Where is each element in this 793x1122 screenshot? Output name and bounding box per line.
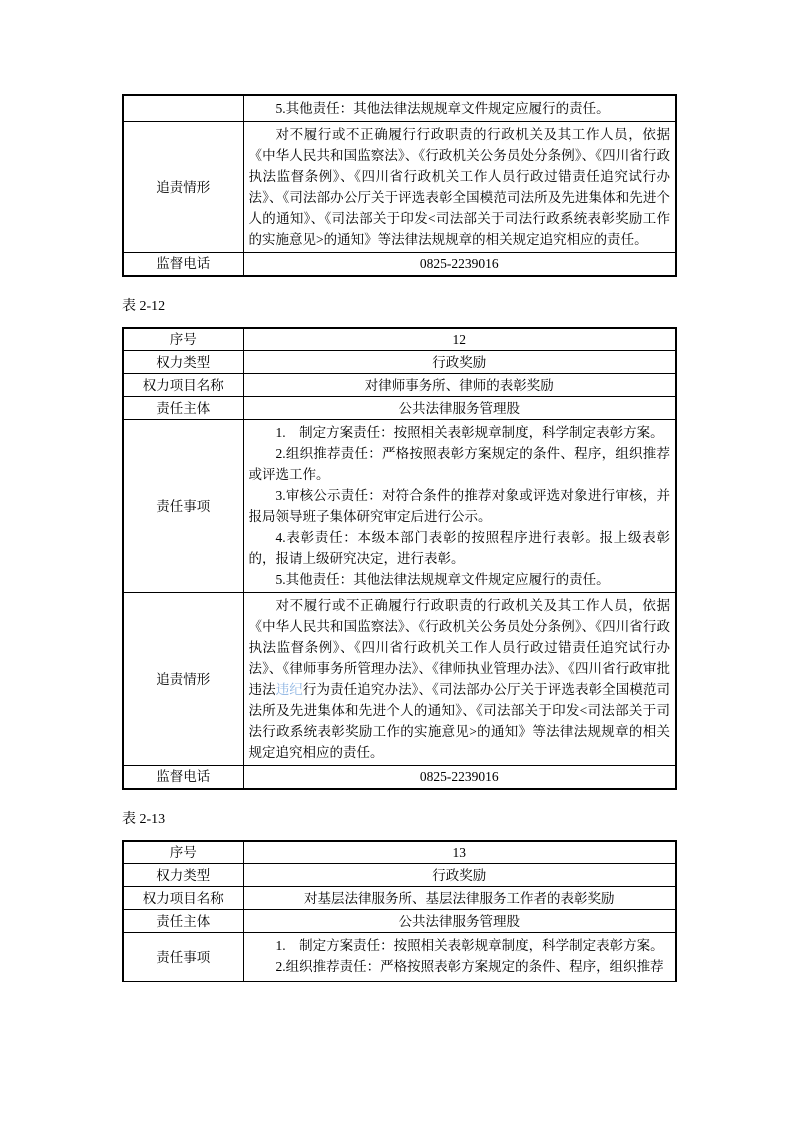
paragraph: 4.表彰责任：本级本部门表彰的按照程序进行表彰。报上级表彰的，报请上级研究决定，… <box>249 527 671 569</box>
row-label: 追责情形 <box>123 122 243 253</box>
paragraph: 2.组织推荐责任：严格按照表彰方案规定的条件、程序，组织推荐 <box>249 956 671 977</box>
row-label: 序号 <box>123 328 243 351</box>
table-caption-2-12: 表 2-12 <box>122 298 675 315</box>
row-label: 责任主体 <box>123 397 243 420</box>
paragraph: 对不履行或不正确履行行政职责的行政机关及其工作人员，依据《中华人民共和国监察法》… <box>249 124 671 250</box>
row-label: 责任事项 <box>123 933 243 982</box>
paragraph: 2.组织推荐责任：严格按照表彰方案规定的条件、程序，组织推荐或评选工作。 <box>249 443 671 485</box>
table-row-power-type: 权力类型 行政奖励 <box>123 351 676 374</box>
table-row-responsible-entity: 责任主体 公共法律服务管理股 <box>123 910 676 933</box>
page-content: 5.其他责任：其他法律法规规章文件规定应履行的责任。 追责情形 对不履行或不正确… <box>122 94 675 982</box>
table-2-13: 序号 13 权力类型 行政奖励 权力项目名称 对基层法律服务所、基层法律服务工作… <box>122 840 677 983</box>
table-row-serial: 序号 13 <box>123 841 676 864</box>
table-row-phone: 监督电话 0825-2239016 <box>123 766 676 789</box>
row-value: 对不履行或不正确履行行政职责的行政机关及其工作人员，依据《中华人民共和国监察法》… <box>243 122 676 253</box>
power-type: 行政奖励 <box>243 351 676 374</box>
row-label: 监督电话 <box>123 253 243 276</box>
table-caption-2-13: 表 2-13 <box>122 811 675 828</box>
row-label-empty <box>123 95 243 122</box>
table-row-responsible-entity: 责任主体 公共法律服务管理股 <box>123 397 676 420</box>
project-name: 对基层法律服务所、基层法律服务工作者的表彰奖励 <box>243 887 676 910</box>
supervision-phone: 0825-2239016 <box>243 766 676 789</box>
table-row-power-type: 权力类型 行政奖励 <box>123 864 676 887</box>
supervision-phone: 0825-2239016 <box>243 253 676 276</box>
paragraph: 5.其他责任：其他法律法规规章文件规定应履行的责任。 <box>249 569 671 590</box>
responsible-entity: 公共法律服务管理股 <box>243 397 676 420</box>
table-row-phone: 监督电话 0825-2239016 <box>123 253 676 276</box>
paragraph: 5.其他责任：其他法律法规规章文件规定应履行的责任。 <box>249 98 671 119</box>
table-row-accountability: 追责情形 对不履行或不正确履行行政职责的行政机关及其工作人员，依据《中华人民共和… <box>123 593 676 766</box>
row-value: 5.其他责任：其他法律法规规章文件规定应履行的责任。 <box>243 95 676 122</box>
row-label: 监督电话 <box>123 766 243 789</box>
row-label: 责任主体 <box>123 910 243 933</box>
project-name: 对律师事务所、律师的表彰奖励 <box>243 374 676 397</box>
table-row-duties-partial: 责任事项 1. 制定方案责任：按照相关表彰规章制度，科学制定表彰方案。 2.组织… <box>123 933 676 982</box>
table-row-project-name: 权力项目名称 对基层法律服务所、基层法律服务工作者的表彰奖励 <box>123 887 676 910</box>
row-label: 权力类型 <box>123 351 243 374</box>
table-row-project-name: 权力项目名称 对律师事务所、律师的表彰奖励 <box>123 374 676 397</box>
table-row-serial: 序号 12 <box>123 328 676 351</box>
responsible-entity: 公共法律服务管理股 <box>243 910 676 933</box>
row-label: 追责情形 <box>123 593 243 766</box>
table-row-duties: 责任事项 1. 制定方案责任：按照相关表彰规章制度，科学制定表彰方案。 2.组织… <box>123 420 676 593</box>
row-label: 权力项目名称 <box>123 374 243 397</box>
power-type: 行政奖励 <box>243 864 676 887</box>
paragraph: 3.审核公示责任：对符合条件的推荐对象或评选对象进行审核，并报局领导班子集体研究… <box>249 485 671 527</box>
accountability-text: 行为责任追究办法》、《司法部办公厅关于评选表彰全国模范司法所及先进集体和先进个人… <box>249 682 671 760</box>
row-label: 序号 <box>123 841 243 864</box>
table-2-12: 序号 12 权力类型 行政奖励 权力项目名称 对律师事务所、律师的表彰奖励 责任… <box>122 327 677 790</box>
row-value: 对不履行或不正确履行行政职责的行政机关及其工作人员，依据《中华人民共和国监察法》… <box>243 593 676 766</box>
row-label: 权力项目名称 <box>123 887 243 910</box>
paragraph: 1. 制定方案责任：按照相关表彰规章制度，科学制定表彰方案。 <box>249 422 671 443</box>
table-row-accountability: 追责情形 对不履行或不正确履行行政职责的行政机关及其工作人员，依据《中华人民共和… <box>123 122 676 253</box>
table-continuation: 5.其他责任：其他法律法规规章文件规定应履行的责任。 追责情形 对不履行或不正确… <box>122 94 677 277</box>
document-page: 5.其他责任：其他法律法规规章文件规定应履行的责任。 追责情形 对不履行或不正确… <box>0 0 793 1122</box>
table-row-other-duty: 5.其他责任：其他法律法规规章文件规定应履行的责任。 <box>123 95 676 122</box>
serial-number: 13 <box>243 841 676 864</box>
highlighted-term: 违纪 <box>276 682 303 697</box>
row-value: 1. 制定方案责任：按照相关表彰规章制度，科学制定表彰方案。 2.组织推荐责任：… <box>243 420 676 593</box>
row-label: 责任事项 <box>123 420 243 593</box>
clipped-text-region: 1. 制定方案责任：按照相关表彰规章制度，科学制定表彰方案。 2.组织推荐责任：… <box>249 935 671 979</box>
paragraph: 对不履行或不正确履行行政职责的行政机关及其工作人员，依据《中华人民共和国监察法》… <box>249 595 671 763</box>
row-label: 权力类型 <box>123 864 243 887</box>
serial-number: 12 <box>243 328 676 351</box>
paragraph: 1. 制定方案责任：按照相关表彰规章制度，科学制定表彰方案。 <box>249 935 671 956</box>
row-value: 1. 制定方案责任：按照相关表彰规章制度，科学制定表彰方案。 2.组织推荐责任：… <box>243 933 676 982</box>
